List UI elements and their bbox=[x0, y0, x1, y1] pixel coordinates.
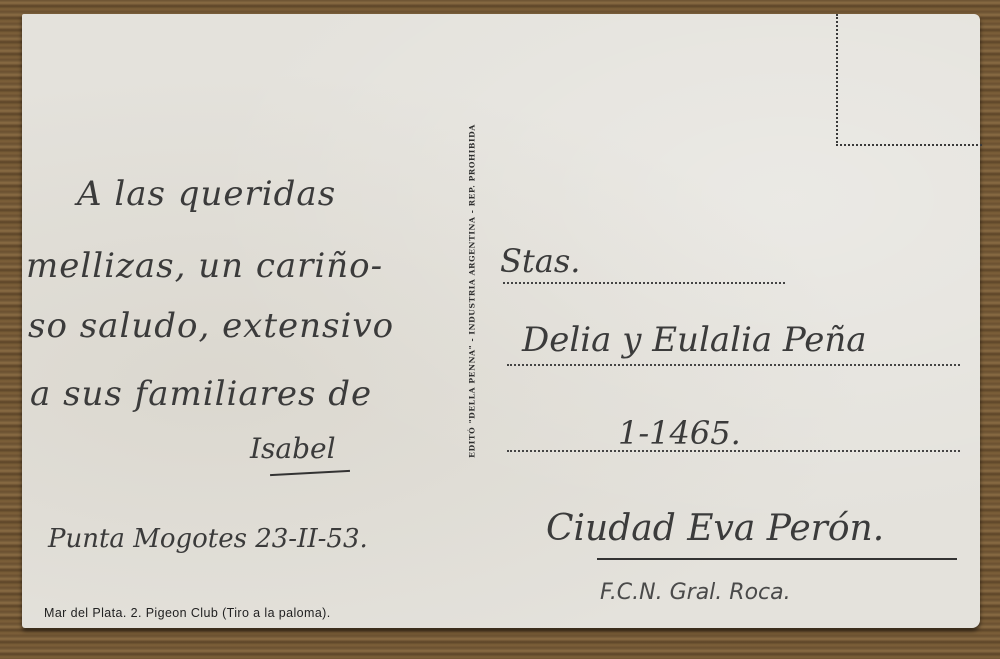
address-recipient: Delia y Eulalia Peña bbox=[522, 320, 867, 360]
address-line-2 bbox=[507, 364, 960, 366]
address-line-1 bbox=[503, 282, 785, 284]
message-line-2: mellizas, un cariño- bbox=[26, 246, 383, 286]
place-date: Punta Mogotes 23-II-53. bbox=[48, 524, 368, 554]
city-underline bbox=[597, 558, 957, 560]
message-line-1: A las queridas bbox=[77, 174, 336, 214]
signature-underline bbox=[270, 470, 350, 476]
address-salutation: Stas. bbox=[500, 242, 580, 280]
address-city: Ciudad Eva Perón. bbox=[546, 508, 884, 549]
address-line-3 bbox=[507, 450, 960, 452]
postcard-caption: Mar del Plata. 2. Pigeon Club (Tiro a la… bbox=[44, 606, 331, 620]
signature: Isabel bbox=[250, 432, 336, 465]
address-railway-note: F.C.N. Gral. Roca. bbox=[600, 580, 791, 605]
address-street-number: 1-1465. bbox=[618, 414, 741, 452]
message-line-4: a sus familiares de bbox=[30, 374, 372, 414]
message-line-3: so saludo, extensivo bbox=[28, 306, 394, 346]
center-divider: EDITÓ "DELLA PENNA" - INDUSTRIA ARGENTIN… bbox=[462, 69, 482, 514]
publisher-imprint: EDITÓ "DELLA PENNA" - INDUSTRIA ARGENTIN… bbox=[468, 124, 477, 458]
stamp-box bbox=[836, 14, 982, 146]
postcard: EDITÓ "DELLA PENNA" - INDUSTRIA ARGENTIN… bbox=[22, 14, 980, 628]
